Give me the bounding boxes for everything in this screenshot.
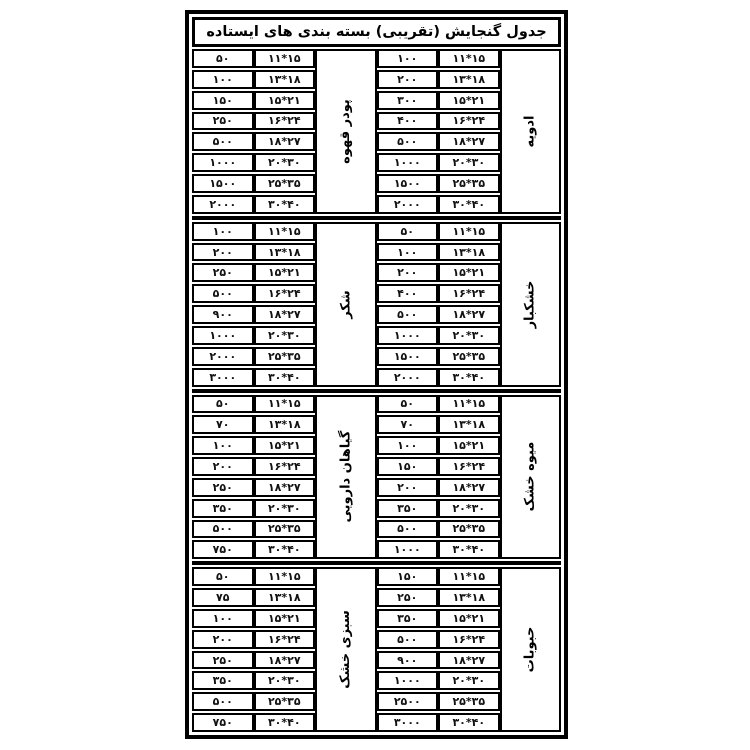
size-cell-right: ۱۱*۱۵ (438, 567, 500, 586)
capacity-cell-left: ۱۰۰۰ (192, 326, 254, 345)
size-cell-left: ۲۵*۳۵ (254, 347, 316, 366)
category-label-left-text: گیاهان دارویی (338, 431, 353, 523)
capacity-cell-right: ۵۰ (377, 222, 439, 241)
size-cell-left: ۲۵*۳۵ (254, 520, 316, 539)
size-cell-right: ۳۰*۴۰ (438, 368, 500, 387)
capacity-cell-right: ۲۰۰ (377, 70, 439, 89)
table-body: ۵۰۱۱*۱۵۱۰۰۱۱*۱۵۱۰۰۱۳*۱۸۲۰۰۱۳*۱۸۱۵۰۱۵*۲۱۳… (192, 49, 561, 732)
capacity-cell-left: ۲۵۰ (192, 263, 254, 282)
size-cell-right: ۳۰*۴۰ (438, 713, 500, 732)
size-cell-left: ۲۰*۳۰ (254, 326, 316, 345)
capacity-cell-right: ۹۰۰ (377, 651, 439, 670)
category-label-right: حبوبات (500, 567, 562, 732)
size-cell-right: ۲۰*۳۰ (438, 153, 500, 172)
size-cell-left: ۱۳*۱۸ (254, 70, 316, 89)
size-cell-left: ۳۰*۴۰ (254, 540, 316, 559)
size-cell-left: ۲۰*۳۰ (254, 499, 316, 518)
size-cell-left: ۱۸*۲۷ (254, 132, 316, 151)
category-label-right-text: ادویه (523, 115, 538, 147)
capacity-cell-right: ۱۵۰ (377, 567, 439, 586)
size-cell-right: ۱۵*۲۱ (438, 263, 500, 282)
capacity-cell-right: ۱۰۰ (377, 436, 439, 455)
size-cell-right: ۲۵*۳۵ (438, 347, 500, 366)
table-title-box: جدول گنجایش (تقریبی) بسته بندی های ایستا… (192, 17, 561, 47)
capacity-cell-right: ۲۰۰۰ (377, 195, 439, 214)
size-cell-right: ۱۸*۲۷ (438, 132, 500, 151)
table-section: ۵۰۱۱*۱۵۵۰۱۱*۱۵۷۰۱۳*۱۸۷۰۱۳*۱۸۱۰۰۱۵*۲۱۱۰۰۱… (192, 395, 561, 560)
capacity-cell-right: ۱۵۰۰ (377, 347, 439, 366)
size-cell-right: ۱۱*۱۵ (438, 222, 500, 241)
size-cell-left: ۱۶*۲۴ (254, 630, 316, 649)
size-cell-left: ۳۰*۴۰ (254, 713, 316, 732)
capacity-cell-right: ۵۰۰ (377, 520, 439, 539)
capacity-cell-right: ۲۰۰ (377, 263, 439, 282)
capacity-cell-right: ۴۰۰ (377, 112, 439, 131)
size-cell-left: ۱۱*۱۵ (254, 49, 316, 68)
table-section: ۵۰۱۱*۱۵۱۰۰۱۱*۱۵۱۰۰۱۳*۱۸۲۰۰۱۳*۱۸۱۵۰۱۵*۲۱۳… (192, 49, 561, 214)
capacity-cell-left: ۵۰ (192, 567, 254, 586)
capacity-cell-left: ۱۵۰۰ (192, 174, 254, 193)
category-label-left: پودر قهوه (315, 49, 377, 214)
capacity-cell-left: ۵۰ (192, 49, 254, 68)
size-cell-right: ۱۳*۱۸ (438, 415, 500, 434)
size-cell-right: ۱۳*۱۸ (438, 588, 500, 607)
size-cell-left: ۱۳*۱۸ (254, 415, 316, 434)
capacity-cell-left: ۹۰۰ (192, 305, 254, 324)
capacity-cell-left: ۷۵۰ (192, 540, 254, 559)
size-cell-left: ۲۵*۳۵ (254, 174, 316, 193)
page: جدول گنجایش (تقریبی) بسته بندی های ایستا… (0, 0, 750, 750)
size-cell-left: ۱۶*۲۴ (254, 112, 316, 131)
size-cell-right: ۱۶*۲۴ (438, 457, 500, 476)
capacity-cell-right: ۵۰ (377, 395, 439, 414)
size-cell-right: ۳۰*۴۰ (438, 540, 500, 559)
capacity-cell-right: ۲۵۰۰ (377, 692, 439, 711)
category-label-right: ادویه (500, 49, 562, 214)
capacity-cell-right: ۲۵۰ (377, 588, 439, 607)
category-label-left: گیاهان دارویی (315, 395, 377, 560)
capacity-cell-left: ۲۵۰ (192, 478, 254, 497)
capacity-cell-right: ۳۰۰۰ (377, 713, 439, 732)
size-cell-left: ۳۰*۴۰ (254, 195, 316, 214)
size-cell-right: ۱۸*۲۷ (438, 305, 500, 324)
capacity-cell-left: ۱۰۰۰ (192, 153, 254, 172)
table-section: ۵۰۱۱*۱۵۱۵۰۱۱*۱۵۷۵۱۳*۱۸۲۵۰۱۳*۱۸۱۰۰۱۵*۲۱۳۵… (192, 567, 561, 732)
size-cell-right: ۱۵*۲۱ (438, 91, 500, 110)
size-cell-right: ۱۸*۲۷ (438, 478, 500, 497)
capacity-cell-right: ۴۰۰ (377, 284, 439, 303)
capacity-cell-left: ۳۵۰ (192, 499, 254, 518)
category-label-left-text: پودر قهوه (338, 99, 353, 164)
category-label-right-text: خشکبار (523, 280, 538, 328)
capacity-cell-left: ۷۵ (192, 588, 254, 607)
section-divider (192, 216, 561, 220)
capacity-cell-right: ۱۰۰۰ (377, 153, 439, 172)
capacity-cell-right: ۷۰ (377, 415, 439, 434)
size-cell-right: ۲۵*۳۵ (438, 174, 500, 193)
size-cell-left: ۲۵*۳۵ (254, 692, 316, 711)
size-cell-left: ۱۱*۱۵ (254, 395, 316, 414)
capacity-cell-left: ۷۰ (192, 415, 254, 434)
size-cell-left: ۱۵*۲۱ (254, 263, 316, 282)
capacity-cell-left: ۲۰۰ (192, 630, 254, 649)
size-cell-right: ۱۶*۲۴ (438, 284, 500, 303)
size-cell-left: ۱۱*۱۵ (254, 222, 316, 241)
size-cell-left: ۳۰*۴۰ (254, 368, 316, 387)
category-label-left: شکر (315, 222, 377, 387)
size-cell-left: ۱۸*۲۷ (254, 305, 316, 324)
category-label-right: خشکبار (500, 222, 562, 387)
capacity-cell-right: ۱۰۰۰ (377, 326, 439, 345)
size-cell-left: ۲۰*۳۰ (254, 671, 316, 690)
category-label-left-text: سبزی خشک (338, 610, 353, 689)
size-cell-left: ۱۶*۲۴ (254, 284, 316, 303)
capacity-cell-left: ۱۰۰ (192, 436, 254, 455)
category-label-left: سبزی خشک (315, 567, 377, 732)
capacity-cell-left: ۱۰۰ (192, 609, 254, 628)
table-section: ۱۰۰۱۱*۱۵۵۰۱۱*۱۵۲۰۰۱۳*۱۸۱۰۰۱۳*۱۸۲۵۰۱۵*۲۱۲… (192, 222, 561, 387)
category-label-left-text: شکر (338, 290, 353, 318)
size-cell-right: ۲۵*۳۵ (438, 520, 500, 539)
capacity-cell-left: ۲۵۰ (192, 651, 254, 670)
section-divider (192, 561, 561, 565)
category-label-right-text: حبوبات (523, 627, 538, 673)
size-cell-left: ۱۶*۲۴ (254, 457, 316, 476)
capacity-cell-left: ۲۰۰۰ (192, 195, 254, 214)
size-cell-right: ۱۳*۱۸ (438, 243, 500, 262)
capacity-cell-right: ۱۵۰ (377, 457, 439, 476)
capacity-cell-right: ۲۰۰ (377, 478, 439, 497)
capacity-cell-right: ۵۰۰ (377, 305, 439, 324)
capacity-cell-left: ۷۵۰ (192, 713, 254, 732)
size-cell-left: ۱۸*۲۷ (254, 478, 316, 497)
capacity-cell-right: ۱۵۰۰ (377, 174, 439, 193)
size-cell-left: ۱۵*۲۱ (254, 436, 316, 455)
size-cell-left: ۱۵*۲۱ (254, 91, 316, 110)
size-cell-right: ۱۸*۲۷ (438, 651, 500, 670)
size-cell-left: ۱۳*۱۸ (254, 243, 316, 262)
capacity-cell-left: ۱۰۰ (192, 222, 254, 241)
capacity-cell-left: ۵۰۰ (192, 132, 254, 151)
size-cell-left: ۱۱*۱۵ (254, 567, 316, 586)
capacity-cell-left: ۳۰۰۰ (192, 368, 254, 387)
capacity-cell-right: ۱۰۰۰ (377, 671, 439, 690)
size-cell-right: ۱۱*۱۵ (438, 49, 500, 68)
size-cell-right: ۲۰*۳۰ (438, 499, 500, 518)
capacity-table: جدول گنجایش (تقریبی) بسته بندی های ایستا… (185, 10, 568, 739)
capacity-cell-right: ۱۰۰۰ (377, 540, 439, 559)
capacity-cell-right: ۲۰۰۰ (377, 368, 439, 387)
capacity-cell-left: ۲۰۰ (192, 457, 254, 476)
size-cell-right: ۱۳*۱۸ (438, 70, 500, 89)
capacity-cell-left: ۳۵۰ (192, 671, 254, 690)
category-label-right: میوه خشک (500, 395, 562, 560)
capacity-cell-right: ۱۰۰ (377, 49, 439, 68)
capacity-cell-left: ۲۰۰۰ (192, 347, 254, 366)
size-cell-right: ۱۵*۲۱ (438, 609, 500, 628)
size-cell-right: ۱۶*۲۴ (438, 112, 500, 131)
capacity-cell-left: ۱۰۰ (192, 70, 254, 89)
size-cell-right: ۲۰*۳۰ (438, 326, 500, 345)
size-cell-right: ۳۰*۴۰ (438, 195, 500, 214)
size-cell-right: ۱۱*۱۵ (438, 395, 500, 414)
capacity-cell-right: ۵۰۰ (377, 132, 439, 151)
capacity-cell-left: ۱۵۰ (192, 91, 254, 110)
capacity-cell-left: ۲۰۰ (192, 243, 254, 262)
capacity-cell-left: ۵۰ (192, 395, 254, 414)
capacity-cell-left: ۵۰۰ (192, 692, 254, 711)
size-cell-right: ۲۰*۳۰ (438, 671, 500, 690)
capacity-cell-right: ۵۰۰ (377, 630, 439, 649)
capacity-cell-right: ۳۵۰ (377, 499, 439, 518)
capacity-cell-right: ۳۰۰ (377, 91, 439, 110)
size-cell-right: ۱۵*۲۱ (438, 436, 500, 455)
table-title: جدول گنجایش (تقریبی) بسته بندی های ایستا… (206, 24, 546, 40)
size-cell-right: ۱۶*۲۴ (438, 630, 500, 649)
category-label-right-text: میوه خشک (523, 442, 538, 512)
capacity-cell-left: ۵۰۰ (192, 520, 254, 539)
capacity-cell-right: ۳۵۰ (377, 609, 439, 628)
section-divider (192, 389, 561, 393)
size-cell-left: ۱۸*۲۷ (254, 651, 316, 670)
capacity-cell-left: ۲۵۰ (192, 112, 254, 131)
capacity-cell-left: ۵۰۰ (192, 284, 254, 303)
size-cell-left: ۲۰*۳۰ (254, 153, 316, 172)
size-cell-right: ۲۵*۳۵ (438, 692, 500, 711)
size-cell-left: ۱۳*۱۸ (254, 588, 316, 607)
size-cell-left: ۱۵*۲۱ (254, 609, 316, 628)
capacity-cell-right: ۱۰۰ (377, 243, 439, 262)
